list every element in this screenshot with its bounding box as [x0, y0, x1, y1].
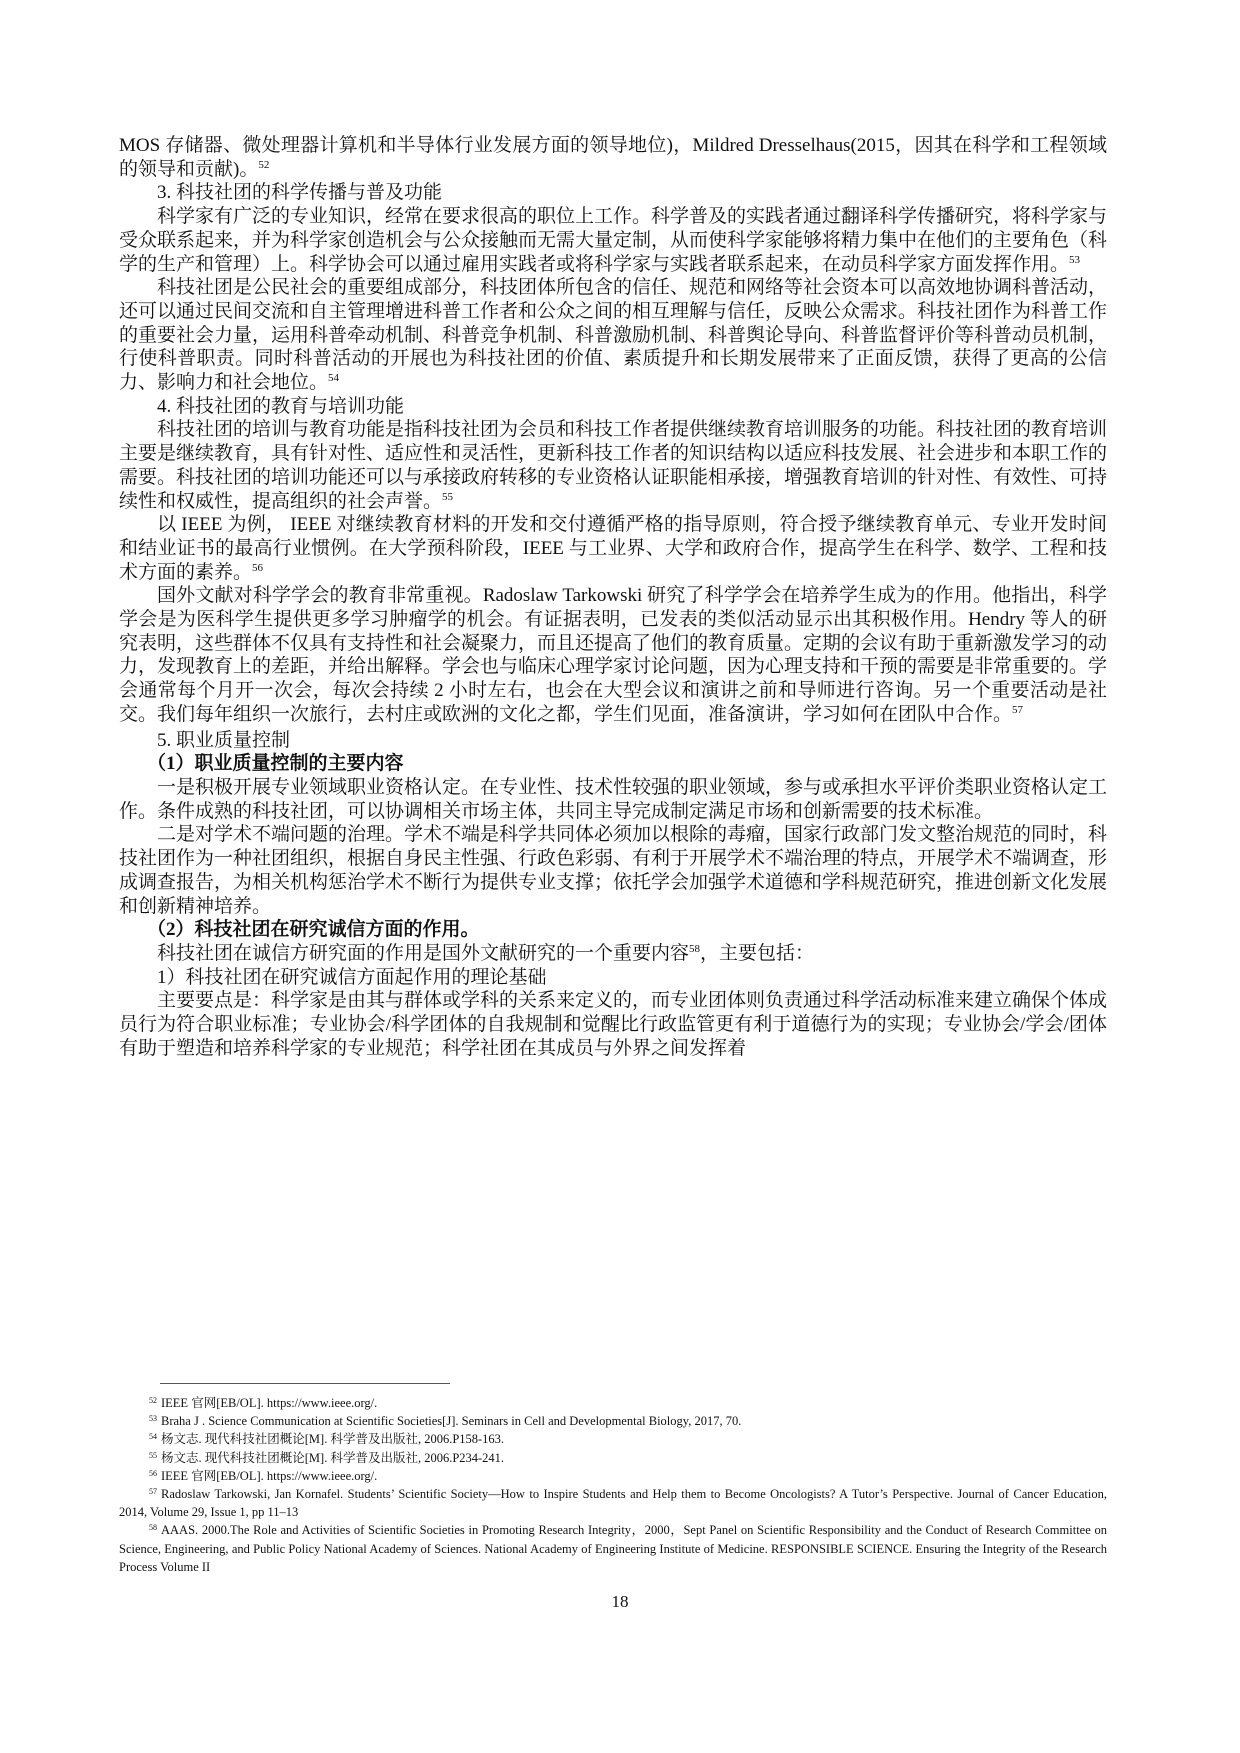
footnote-number: 54: [149, 1432, 157, 1441]
paragraph-text: 科技社团是公民社会的重要组成部分，科技团体所包含的信任、规范和网络等社会资本可以…: [119, 277, 1107, 393]
paragraph-text: ，主要包括：: [700, 943, 814, 964]
paragraph: 一是积极开展专业领域职业资格认定。在专业性、技术性较强的职业领域，参与或承担水平…: [119, 776, 1107, 823]
footnote: 58AAAS. 2000.The Role and Activities of …: [119, 1521, 1107, 1576]
footnote-text: IEEE 官网[EB/OL]. https://www.ieee.org/.: [161, 1469, 377, 1483]
footnote-number: 52: [149, 1396, 157, 1405]
footnote-separator: [160, 1383, 450, 1384]
paragraph-text: 以 IEEE 为例， IEEE 对继续教育材料的开发和交付遵循严格的指导原则，符…: [119, 514, 1107, 582]
paragraph-text: 科技社团的培训与教育功能是指科技社团为会员和科技工作者提供继续教育培训服务的功能…: [119, 419, 1107, 511]
footnote-text: 杨文志. 现代科技社团概论[M]. 科学普及出版社, 2006.P234-241…: [161, 1451, 504, 1465]
footnote-text: AAAS. 2000.The Role and Activities of Sc…: [119, 1523, 1107, 1573]
paragraph: 国外文献对科学学会的教育非常重视。Radoslaw Tarkowski 研究了科…: [119, 584, 1107, 726]
paragraph: 主要要点是：科学家是由其与群体或学科的关系来定义的，而专业团体则负责通过科学活动…: [119, 989, 1107, 1060]
paragraph-text: MOS 存储器、微处理器计算机和半导体行业发展方面的领导地位)，Mildred …: [119, 135, 1107, 180]
footnote: 54杨文志. 现代科技社团概论[M]. 科学普及出版社, 2006.P158-1…: [119, 1430, 1107, 1448]
paragraph: 二是对学术不端问题的治理。学术不端是科学共同体必须加以根除的毒瘤，国家行政部门发…: [119, 823, 1107, 918]
footnote-ref[interactable]: 52: [258, 159, 269, 171]
footnote-number: 53: [149, 1414, 157, 1423]
document-body: MOS 存储器、微处理器计算机和半导体行业发展方面的领导地位)，Mildred …: [119, 134, 1107, 1060]
footnote: 53Braha J . Science Communication at Sci…: [119, 1412, 1107, 1430]
paragraph-continuation: MOS 存储器、微处理器计算机和半导体行业发展方面的领导地位)，Mildred …: [119, 134, 1107, 181]
footnote-number: 57: [149, 1487, 157, 1496]
paragraph-text: 科技社团在诚信方研究面的作用是国外文献研究的一个重要内容: [157, 943, 689, 964]
footnote-text: 杨文志. 现代科技社团概论[M]. 科学普及出版社, 2006.P158-163…: [161, 1432, 504, 1446]
footnote-ref[interactable]: 58: [689, 943, 700, 955]
footnote-number: 58: [149, 1523, 157, 1532]
footnote: 57Radoslaw Tarkowski, Jan Kornafel. Stud…: [119, 1485, 1107, 1521]
section-heading: 3. 科技社团的科学传播与普及功能: [119, 181, 1107, 205]
list-heading: 1）科技社团在研究诚信方面起作用的理论基础: [119, 966, 1107, 990]
footnote: 55杨文志. 现代科技社团概论[M]. 科学普及出版社, 2006.P234-2…: [119, 1449, 1107, 1467]
footnote: 56IEEE 官网[EB/OL]. https://www.ieee.org/.: [119, 1467, 1107, 1485]
footnote-ref[interactable]: 56: [252, 562, 263, 574]
paragraph-text: 科学家有广泛的专业知识，经常在要求很高的职位上工作。科学普及的实践者通过翻译科学…: [119, 206, 1107, 274]
paragraph: 科学家有广泛的专业知识，经常在要求很高的职位上工作。科学普及的实践者通过翻译科学…: [119, 205, 1107, 276]
page-number: 18: [0, 1592, 1240, 1612]
footnote-ref[interactable]: 53: [1069, 254, 1080, 266]
paragraph: 科技社团是公民社会的重要组成部分，科技团体所包含的信任、规范和网络等社会资本可以…: [119, 276, 1107, 395]
footnote-number: 55: [149, 1451, 157, 1460]
footnote-text: Braha J . Science Communication at Scien…: [161, 1414, 741, 1428]
footnote-ref[interactable]: 54: [328, 372, 339, 384]
footnote-ref[interactable]: 55: [442, 491, 453, 503]
subsection-heading: （2）科技社团在研究诚信方面的作用。: [119, 918, 1107, 942]
footnote-text: Radoslaw Tarkowski, Jan Kornafel. Studen…: [119, 1487, 1107, 1519]
paragraph: 科技社团在诚信方研究面的作用是国外文献研究的一个重要内容58，主要包括：: [119, 942, 1107, 966]
paragraph: 以 IEEE 为例， IEEE 对继续教育材料的开发和交付遵循严格的指导原则，符…: [119, 513, 1107, 584]
footnote-ref[interactable]: 57: [1012, 704, 1023, 716]
footnote-number: 56: [149, 1469, 157, 1478]
paragraph-text: 国外文献对科学学会的教育非常重视。Radoslaw Tarkowski 研究了科…: [119, 585, 1107, 725]
footnote-text: IEEE 官网[EB/OL]. https://www.ieee.org/.: [161, 1396, 377, 1410]
footnotes: 52IEEE 官网[EB/OL]. https://www.ieee.org/.…: [119, 1394, 1107, 1576]
paragraph: 科技社团的培训与教育功能是指科技社团为会员和科技工作者提供继续教育培训服务的功能…: [119, 418, 1107, 513]
subsection-heading: （1）职业质量控制的主要内容: [119, 752, 1107, 776]
section-heading: 5. 职业质量控制: [119, 729, 1107, 753]
section-heading: 4. 科技社团的教育与培训功能: [119, 395, 1107, 419]
footnote: 52IEEE 官网[EB/OL]. https://www.ieee.org/.: [119, 1394, 1107, 1412]
